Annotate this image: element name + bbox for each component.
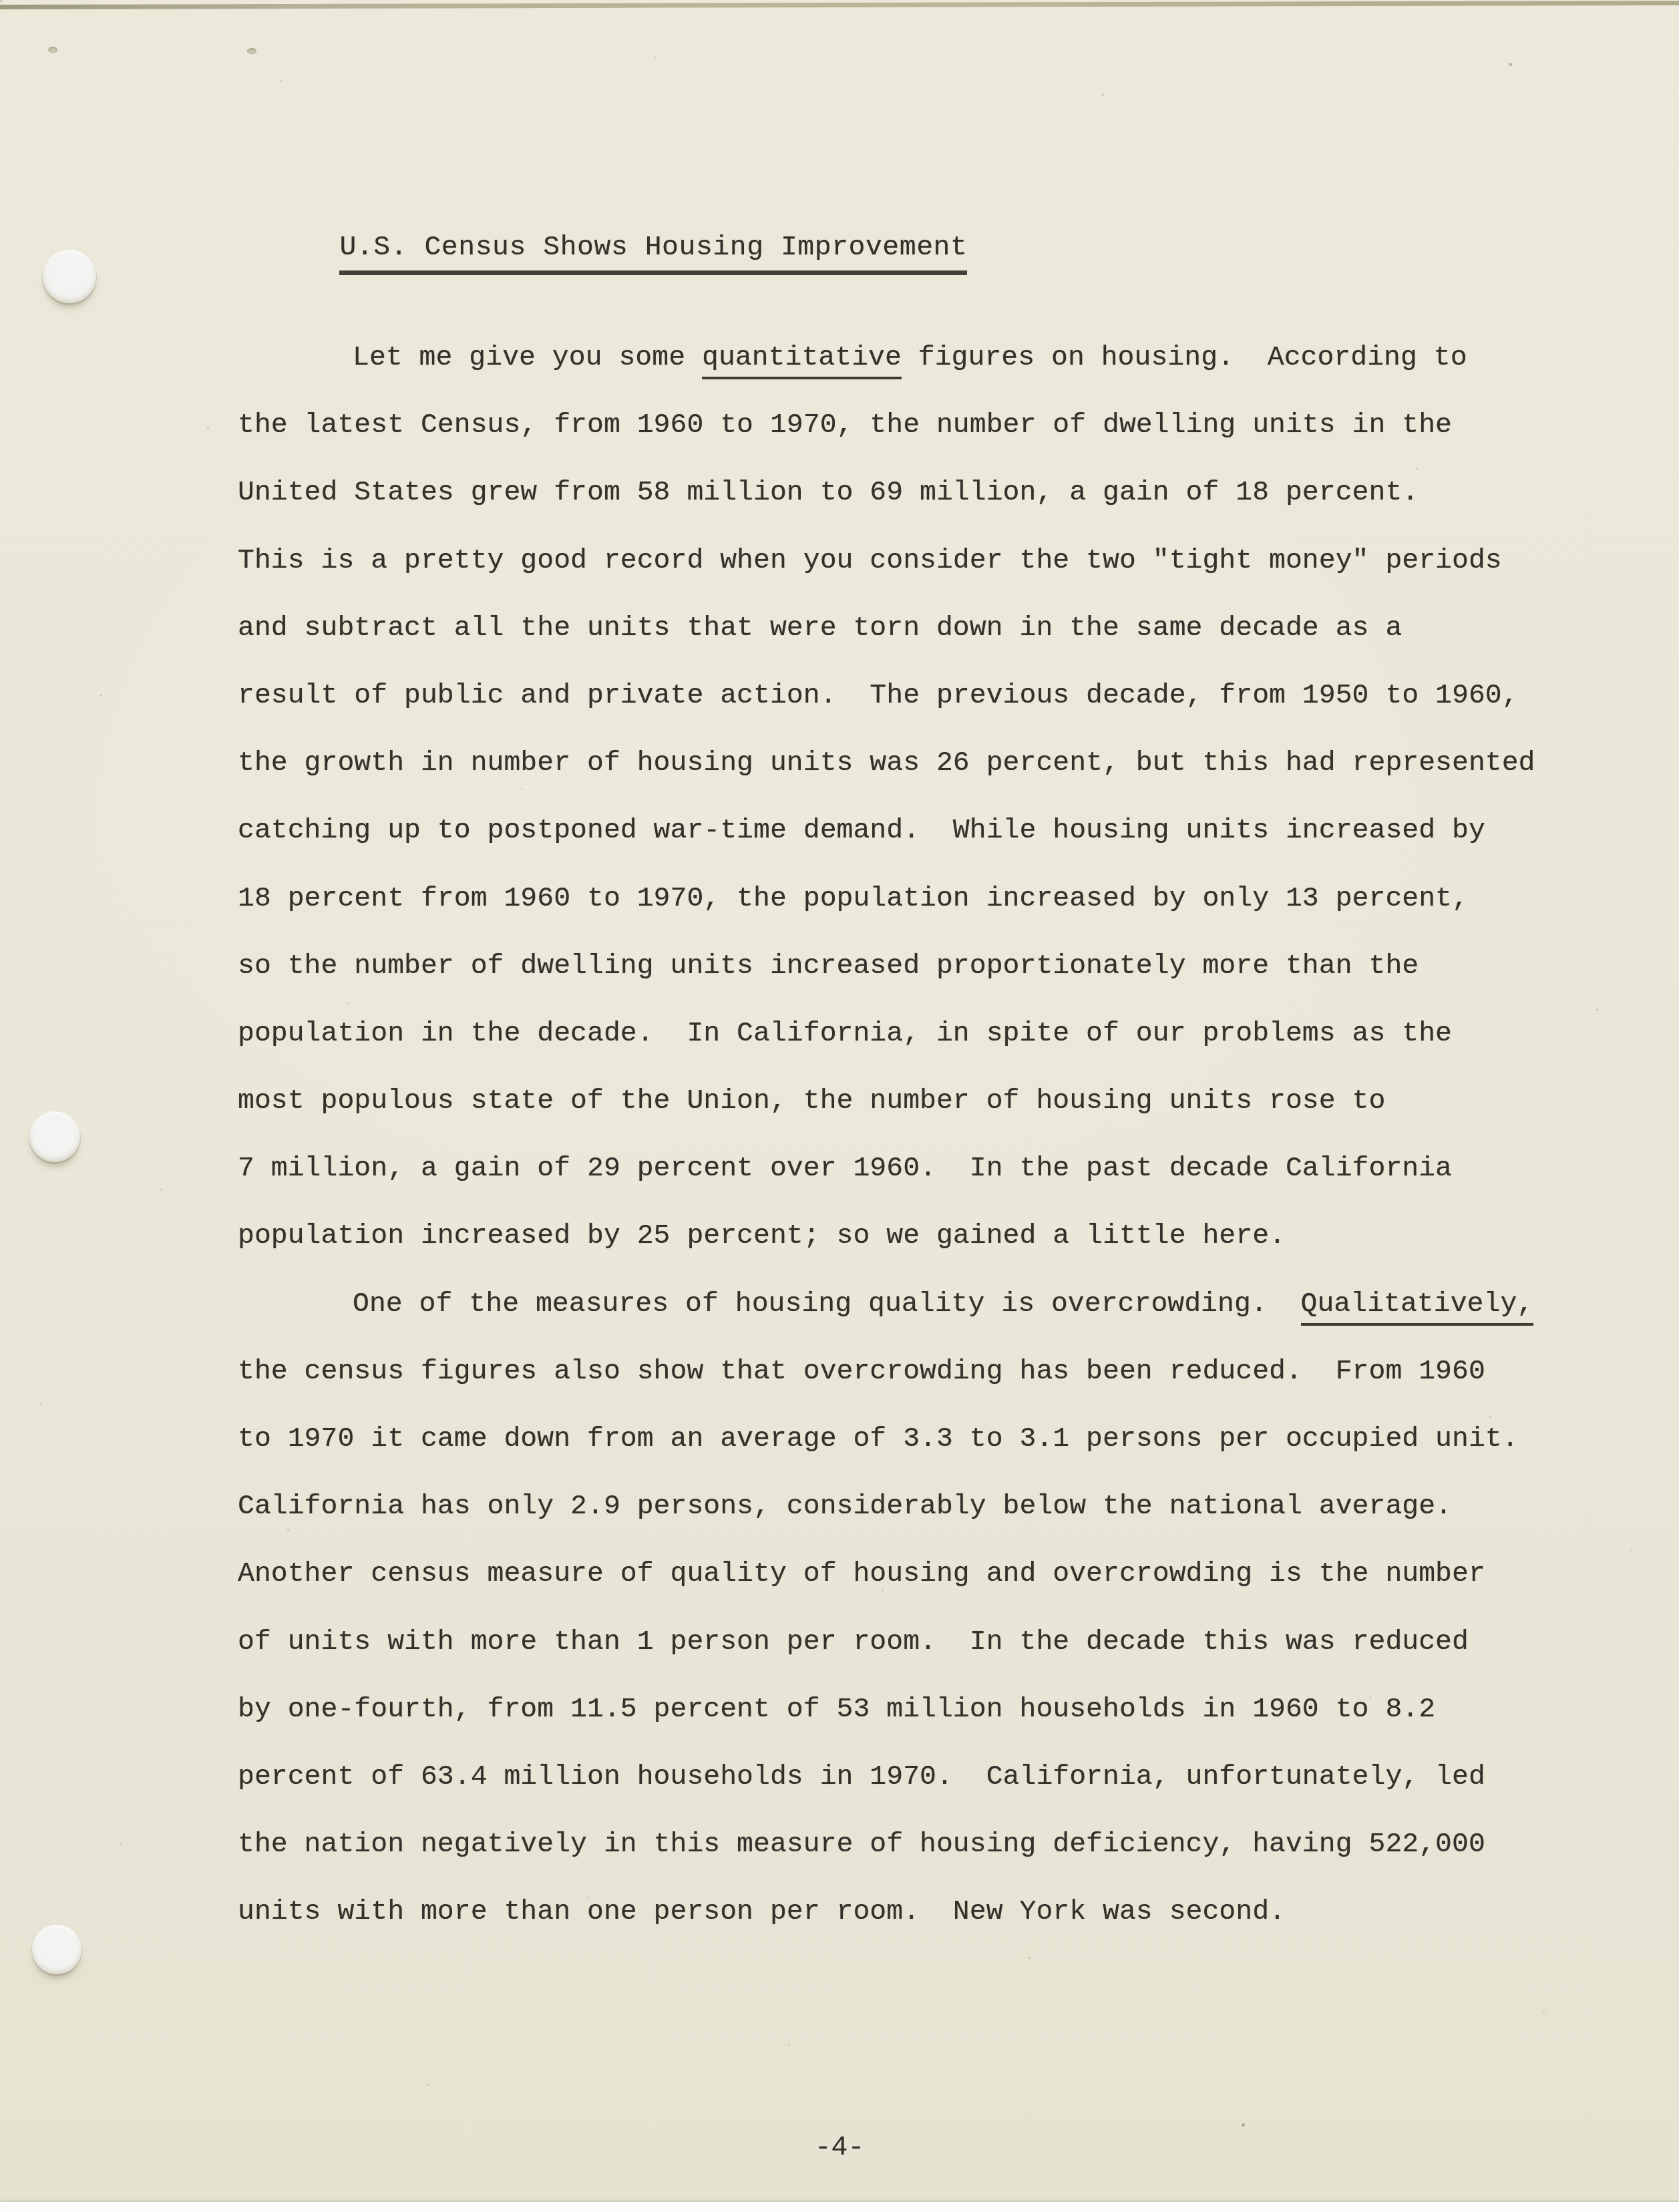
text-segment: This is a pretty good record when you co…	[238, 545, 1502, 576]
text-line: by one-fourth, from 11.5 percent of 53 m…	[238, 1676, 1600, 1743]
text-line: and subtract all the units that were tor…	[238, 594, 1600, 662]
text-line: the growth in number of housing units wa…	[238, 729, 1600, 797]
text-segment: so the number of dwelling units increase…	[238, 950, 1419, 982]
text-line: Another census measure of quality of hou…	[238, 1540, 1600, 1608]
text-segment: United States grew from 58 million to 69…	[238, 477, 1419, 508]
document-page: U.S. Census Shows Housing Improvement Le…	[0, 0, 1679, 2212]
scan-top-edge	[0, 1, 1679, 9]
text-segment: the growth in number of housing units wa…	[238, 747, 1535, 779]
text-segment: the latest Census, from 1960 to 1970, th…	[238, 409, 1452, 441]
text-segment: result of public and private action. The…	[238, 680, 1519, 711]
hole-punch	[29, 1111, 80, 1162]
text-segment: 7 million, a gain of 29 percent over 196…	[238, 1153, 1452, 1184]
text-line: catching up to postponed war-time demand…	[238, 797, 1600, 864]
text-segment: and subtract all the units that were tor…	[238, 612, 1402, 644]
text-line: the latest Census, from 1960 to 1970, th…	[238, 391, 1600, 459]
hole-punch	[43, 250, 96, 303]
text-line: of units with more than 1 person per roo…	[238, 1608, 1600, 1676]
text-segment: the census figures also show that overcr…	[238, 1356, 1485, 1387]
text-block: U.S. Census Shows Housing Improvement Le…	[238, 200, 1600, 1946]
text-segment: figures on housing. According to	[902, 342, 1467, 373]
text-line: the census figures also show that overcr…	[238, 1338, 1600, 1405]
text-line: One of the measures of housing quality i…	[238, 1270, 1600, 1338]
page-number: -4-	[815, 2132, 865, 2163]
text-segment: to 1970 it came down from an average of …	[238, 1423, 1519, 1455]
text-segment: Another census measure of quality of hou…	[238, 1558, 1485, 1590]
staple-indent-mark	[48, 47, 57, 53]
text-line: 7 million, a gain of 29 percent over 196…	[238, 1135, 1600, 1202]
text-line: Let me give you some quantitative figure…	[238, 324, 1600, 391]
text-lines: Let me give you some quantitative figure…	[238, 324, 1600, 1946]
underlined-text: quantitative	[702, 342, 902, 379]
text-segment: 18 percent from 1960 to 1970, the popula…	[238, 883, 1469, 914]
underlined-text: Qualitatively,	[1301, 1288, 1534, 1326]
text-segment: the nation negatively in this measure of…	[238, 1829, 1485, 1860]
text-segment: population in the decade. In California,…	[238, 1018, 1452, 1049]
text-segment: percent of 63.4 million households in 19…	[238, 1761, 1485, 1793]
text-line: California has only 2.9 persons, conside…	[238, 1473, 1600, 1540]
text-segment: by one-fourth, from 11.5 percent of 53 m…	[238, 1694, 1435, 1725]
text-line: result of public and private action. The…	[238, 662, 1600, 729]
page-title-text: U.S. Census Shows Housing Improvement	[339, 232, 967, 275]
text-segment: One of the measures of housing quality i…	[353, 1288, 1301, 1320]
text-line: the nation negatively in this measure of…	[238, 1811, 1600, 1878]
text-segment: most populous state of the Union, the nu…	[238, 1085, 1385, 1117]
text-line: so the number of dwelling units increase…	[238, 932, 1600, 1000]
scan-bottom-edge	[0, 2202, 1679, 2212]
text-line: population increased by 25 percent; so w…	[238, 1202, 1600, 1270]
text-line: most populous state of the Union, the nu…	[238, 1067, 1600, 1135]
text-line: to 1970 it came down from an average of …	[238, 1405, 1600, 1473]
hole-punch	[32, 1925, 81, 1974]
text-segment: Let me give you some	[353, 342, 702, 373]
text-segment: California has only 2.9 persons, conside…	[238, 1491, 1452, 1522]
staple-indent-mark	[247, 48, 256, 55]
text-segment: catching up to postponed war-time demand…	[238, 815, 1485, 846]
page-title: U.S. Census Shows Housing Improvement	[238, 200, 1600, 307]
text-segment: of units with more than 1 person per roo…	[238, 1626, 1469, 1658]
text-line: population in the decade. In California,…	[238, 1000, 1600, 1067]
text-line: units with more than one person per room…	[238, 1878, 1600, 1946]
text-segment: population increased by 25 percent; so w…	[238, 1220, 1286, 1252]
text-line: percent of 63.4 million households in 19…	[238, 1743, 1600, 1811]
text-line: 18 percent from 1960 to 1970, the popula…	[238, 865, 1600, 932]
text-line: United States grew from 58 million to 69…	[238, 459, 1600, 526]
text-segment: units with more than one person per room…	[238, 1896, 1286, 1927]
text-line: This is a pretty good record when you co…	[238, 527, 1600, 594]
